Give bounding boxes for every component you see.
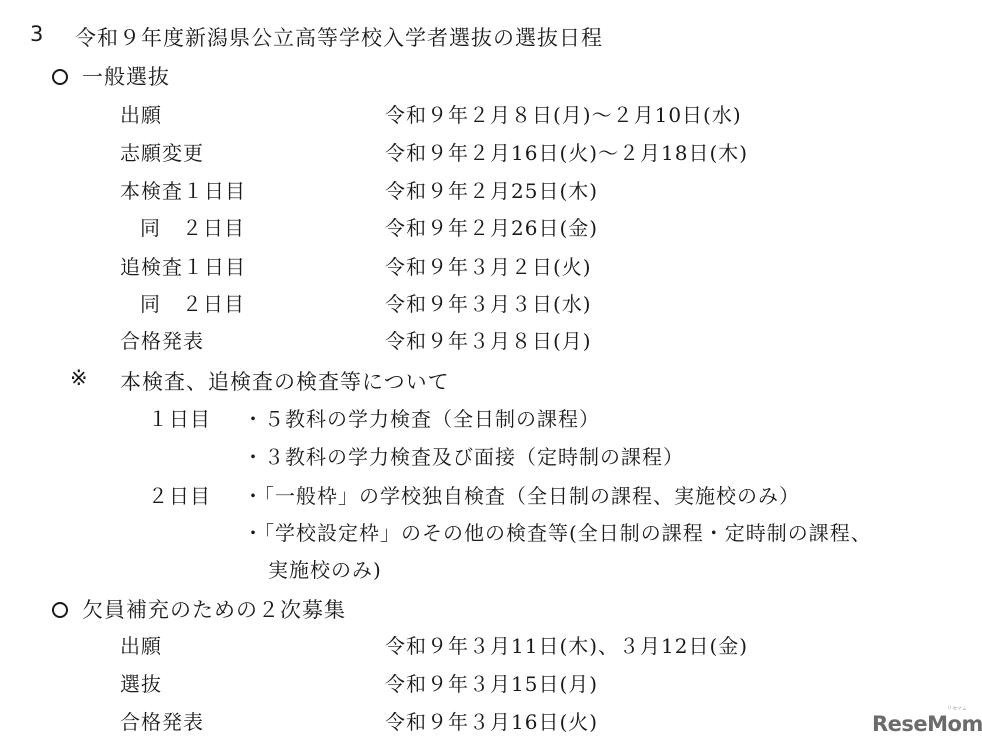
schedule-date: 令和９年３月３日(水) bbox=[385, 288, 592, 317]
schedule-date: 令和９年２月16日(火)～２月18日(木) bbox=[385, 137, 748, 166]
second-recruitment-heading-text: 欠員補充のための２次募集 bbox=[82, 598, 346, 622]
circle-bullet-icon bbox=[52, 69, 68, 85]
note-day2-item: ・「一般枠」の学校独自検査（全日制の課程、実施校のみ） bbox=[243, 480, 800, 509]
document-title: 令和９年度新潟県公立高等学校入学者選抜の選抜日程 bbox=[75, 22, 603, 52]
schedule-label: 同 ２日目 bbox=[140, 212, 245, 241]
circle-bullet-icon bbox=[52, 602, 68, 618]
second-recruitment-heading: 欠員補充のための２次募集 bbox=[52, 594, 346, 624]
schedule-label: 選抜 bbox=[120, 668, 162, 697]
schedule-label: 出願 bbox=[120, 630, 162, 659]
schedule-date: 令和９年３月11日(木)、３月12日(金) bbox=[385, 630, 748, 659]
schedule-date: 令和９年３月８日(月) bbox=[385, 325, 592, 354]
note-day1-item: ・５教科の学力検査（全日制の課程） bbox=[243, 403, 600, 432]
schedule-label: 本検査１日目 bbox=[120, 175, 246, 204]
schedule-label: 同 ２日目 bbox=[140, 288, 245, 317]
schedule-date: 令和９年２月25日(木) bbox=[385, 175, 598, 204]
schedule-label: 出願 bbox=[120, 99, 162, 128]
schedule-label: 合格発表 bbox=[120, 325, 204, 354]
section-number: 3 bbox=[30, 22, 44, 46]
resemom-logo: ReseMom bbox=[872, 712, 982, 736]
schedule-date: 令和９年３月16日(火) bbox=[385, 706, 598, 735]
note-mark: ※ bbox=[70, 366, 89, 390]
note-title: 本検査、追検査の検査等について bbox=[120, 366, 450, 396]
general-selection-heading-text: 一般選抜 bbox=[82, 65, 170, 89]
note-day1-item: ・３教科の学力検査及び面接（定時制の課程） bbox=[243, 441, 684, 470]
note-day2-item-continuation: 実施校のみ) bbox=[268, 554, 382, 583]
note-day2-item: ・「学校設定枠」のその他の検査等(全日制の課程・定時制の課程、 bbox=[243, 517, 872, 546]
general-selection-heading: 一般選抜 bbox=[52, 61, 170, 91]
schedule-label: 追検査１日目 bbox=[120, 251, 246, 280]
schedule-label: 合格発表 bbox=[120, 706, 204, 735]
schedule-date: 令和９年２月８日(月)～２月10日(水) bbox=[385, 99, 742, 128]
schedule-date: 令和９年３月２日(火) bbox=[385, 251, 592, 280]
schedule-date: 令和９年３月15日(月) bbox=[385, 668, 598, 697]
note-day1-label: １日目 bbox=[148, 403, 211, 432]
schedule-label: 志願変更 bbox=[120, 137, 204, 166]
note-day2-label: ２日目 bbox=[148, 480, 211, 509]
schedule-date: 令和９年２月26日(金) bbox=[385, 212, 598, 241]
resemom-logo-kana: リセマム bbox=[947, 705, 967, 712]
